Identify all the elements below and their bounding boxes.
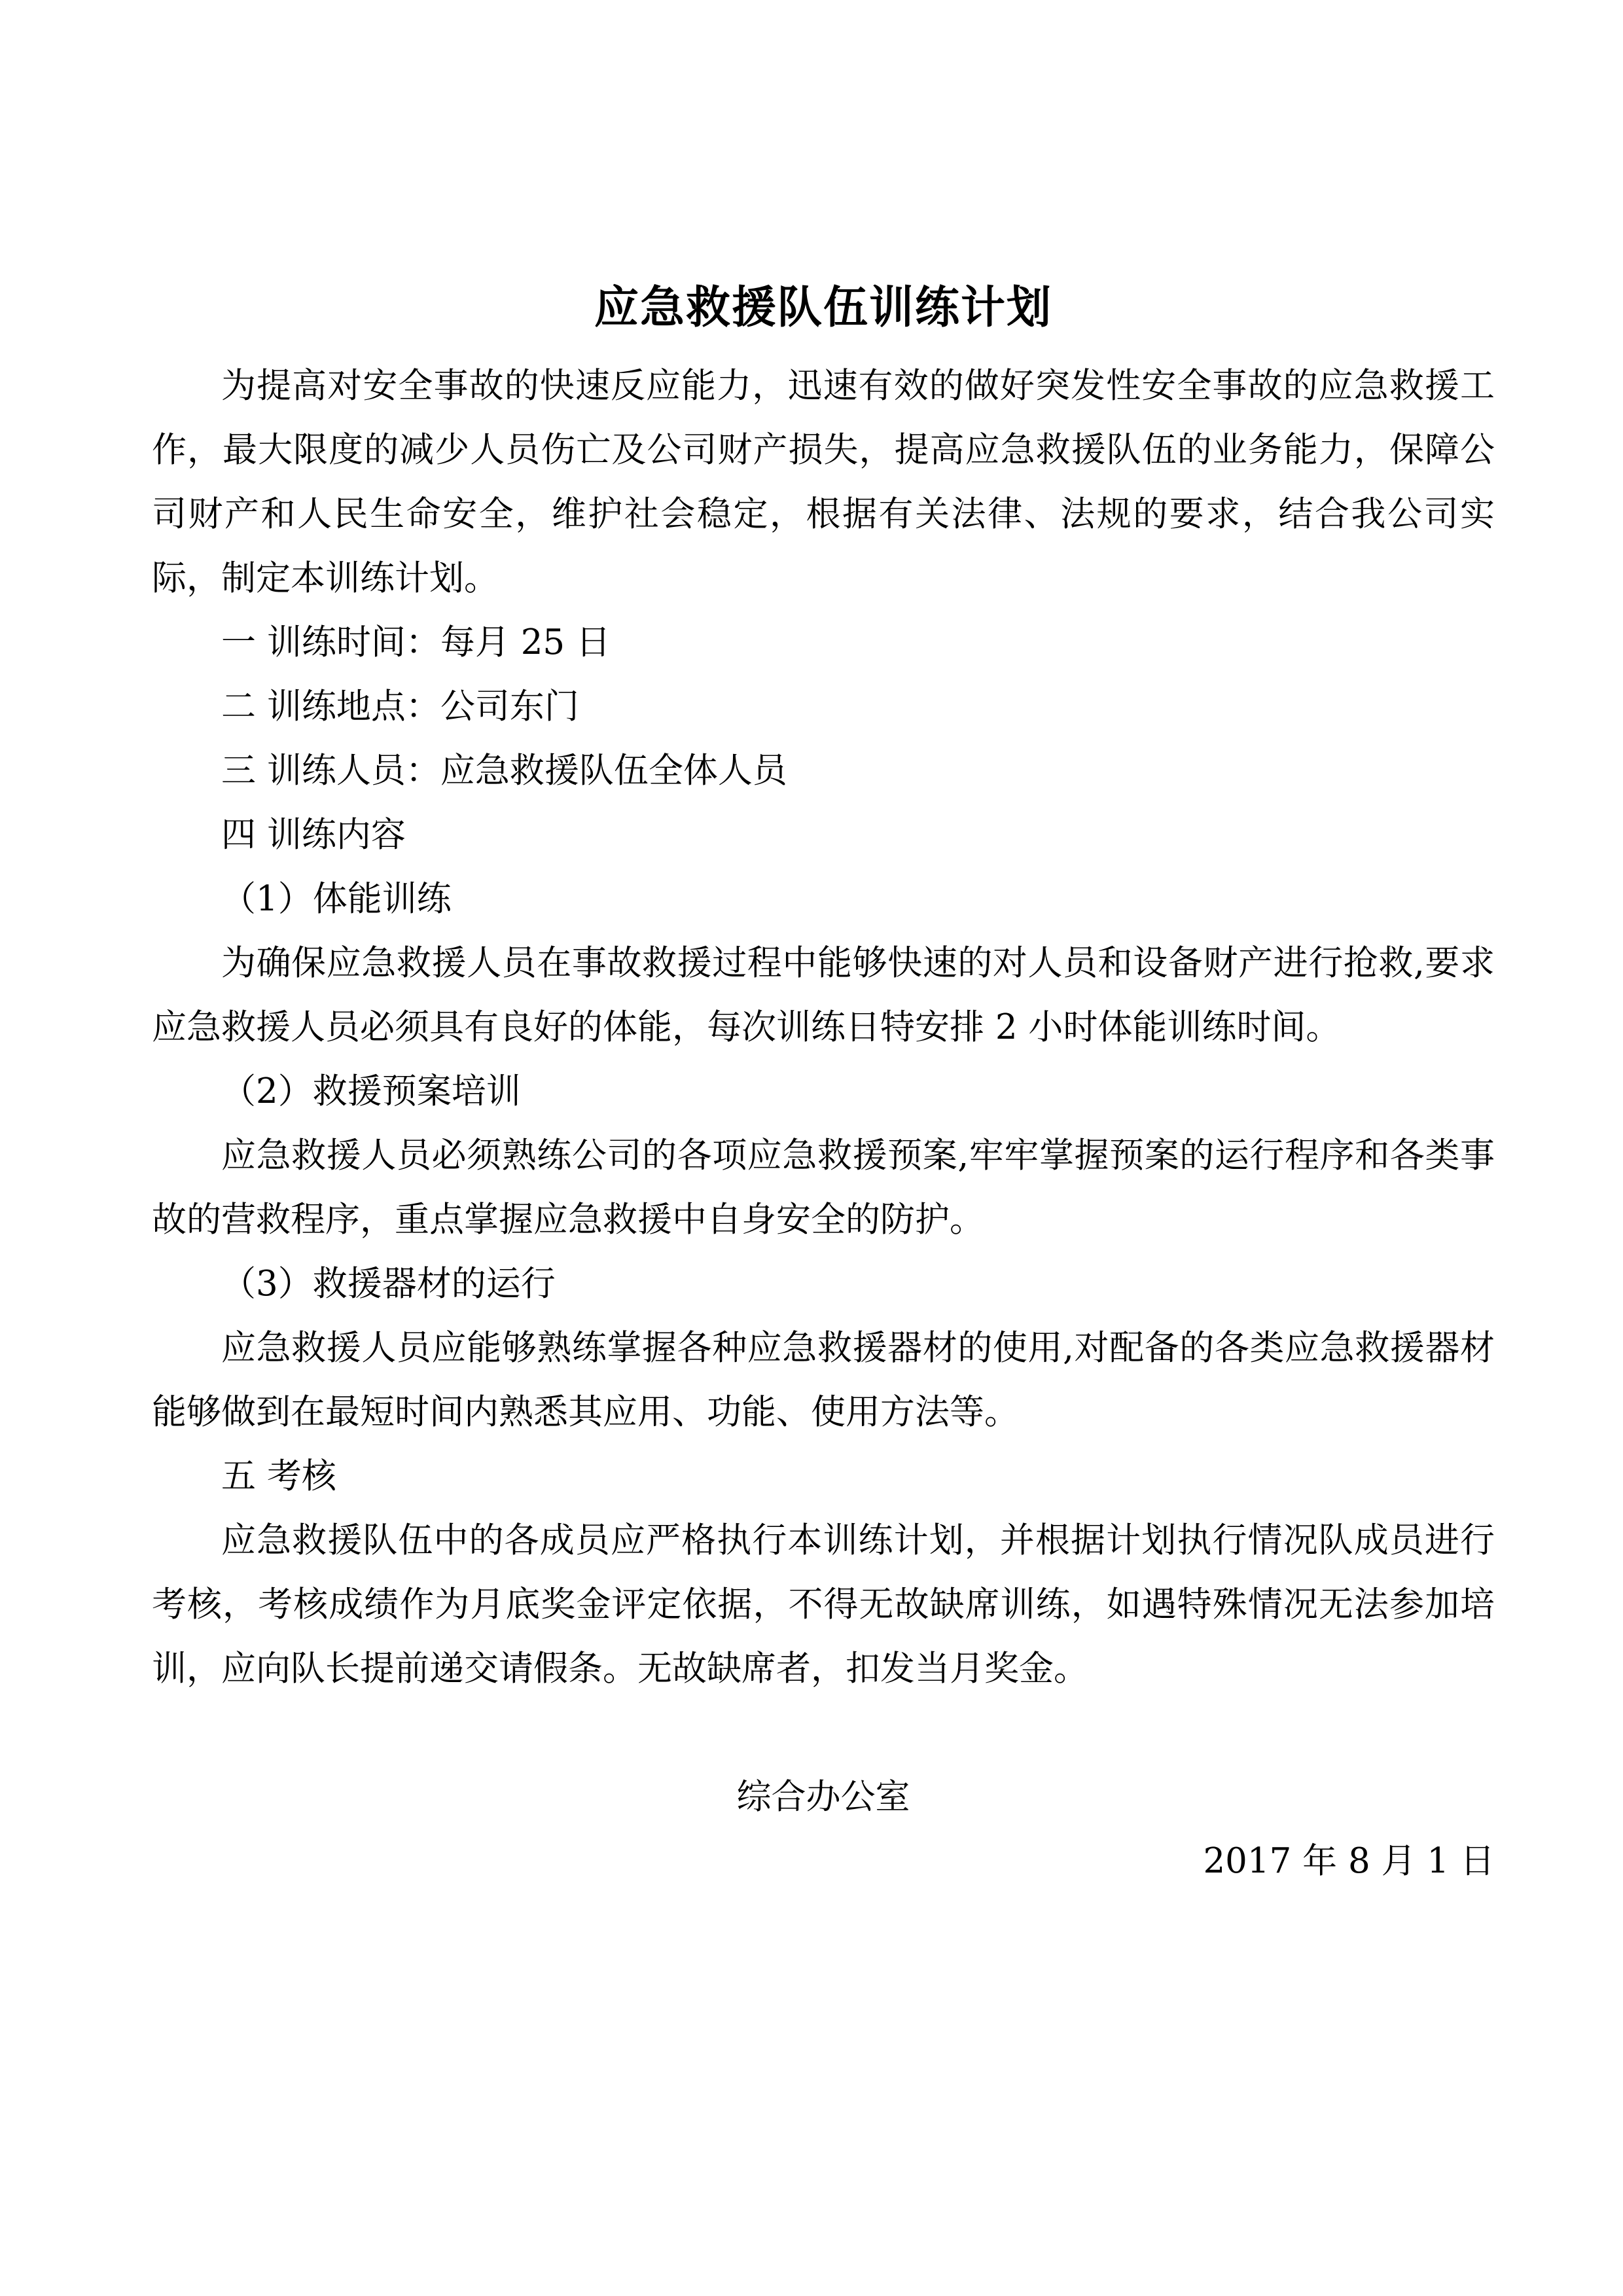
section-3-body: 应急救援人员应能够熟练掌握各种应急救援器材的使用,对配备的各类应急救援器材能够做… — [152, 1316, 1495, 1444]
signature-department: 综合办公室 — [152, 1765, 1495, 1829]
document-title: 应急救援队伍训练计划 — [152, 278, 1495, 337]
item-5-assessment-heading: 五 考核 — [152, 1444, 1495, 1509]
assessment-body: 应急救援队伍中的各成员应严格执行本训练计划，并根据计划执行情况队成员进行考核，考… — [152, 1509, 1495, 1701]
item-3-training-personnel: 三 训练人员：应急救援队伍全体人员 — [152, 739, 1495, 803]
section-1-heading: （1）体能训练 — [152, 867, 1495, 931]
section-3-heading: （3）救援器材的运行 — [152, 1252, 1495, 1316]
signature-date: 2017 年 8 月 1 日 — [152, 1829, 1495, 1893]
item-1-training-time: 一 训练时间：每月 25 日 — [152, 611, 1495, 675]
section-2-body: 应急救援人员必须熟练公司的各项应急救援预案,牢牢掌握预案的运行程序和各类事故的营… — [152, 1124, 1495, 1252]
intro-paragraph: 为提高对安全事故的快速反应能力，迅速有效的做好突发性安全事故的应急救援工作，最大… — [152, 354, 1495, 611]
section-2-heading: （2）救援预案培训 — [152, 1060, 1495, 1124]
item-2-training-location: 二 训练地点：公司东门 — [152, 675, 1495, 739]
section-1-body: 为确保应急救援人员在事故救援过程中能够快速的对人员和设备财产进行抢救,要求应急救… — [152, 931, 1495, 1060]
document-page: 应急救援队伍训练计划 为提高对安全事故的快速反应能力，迅速有效的做好突发性安全事… — [0, 0, 1623, 2296]
item-4-training-content: 四 训练内容 — [152, 803, 1495, 867]
